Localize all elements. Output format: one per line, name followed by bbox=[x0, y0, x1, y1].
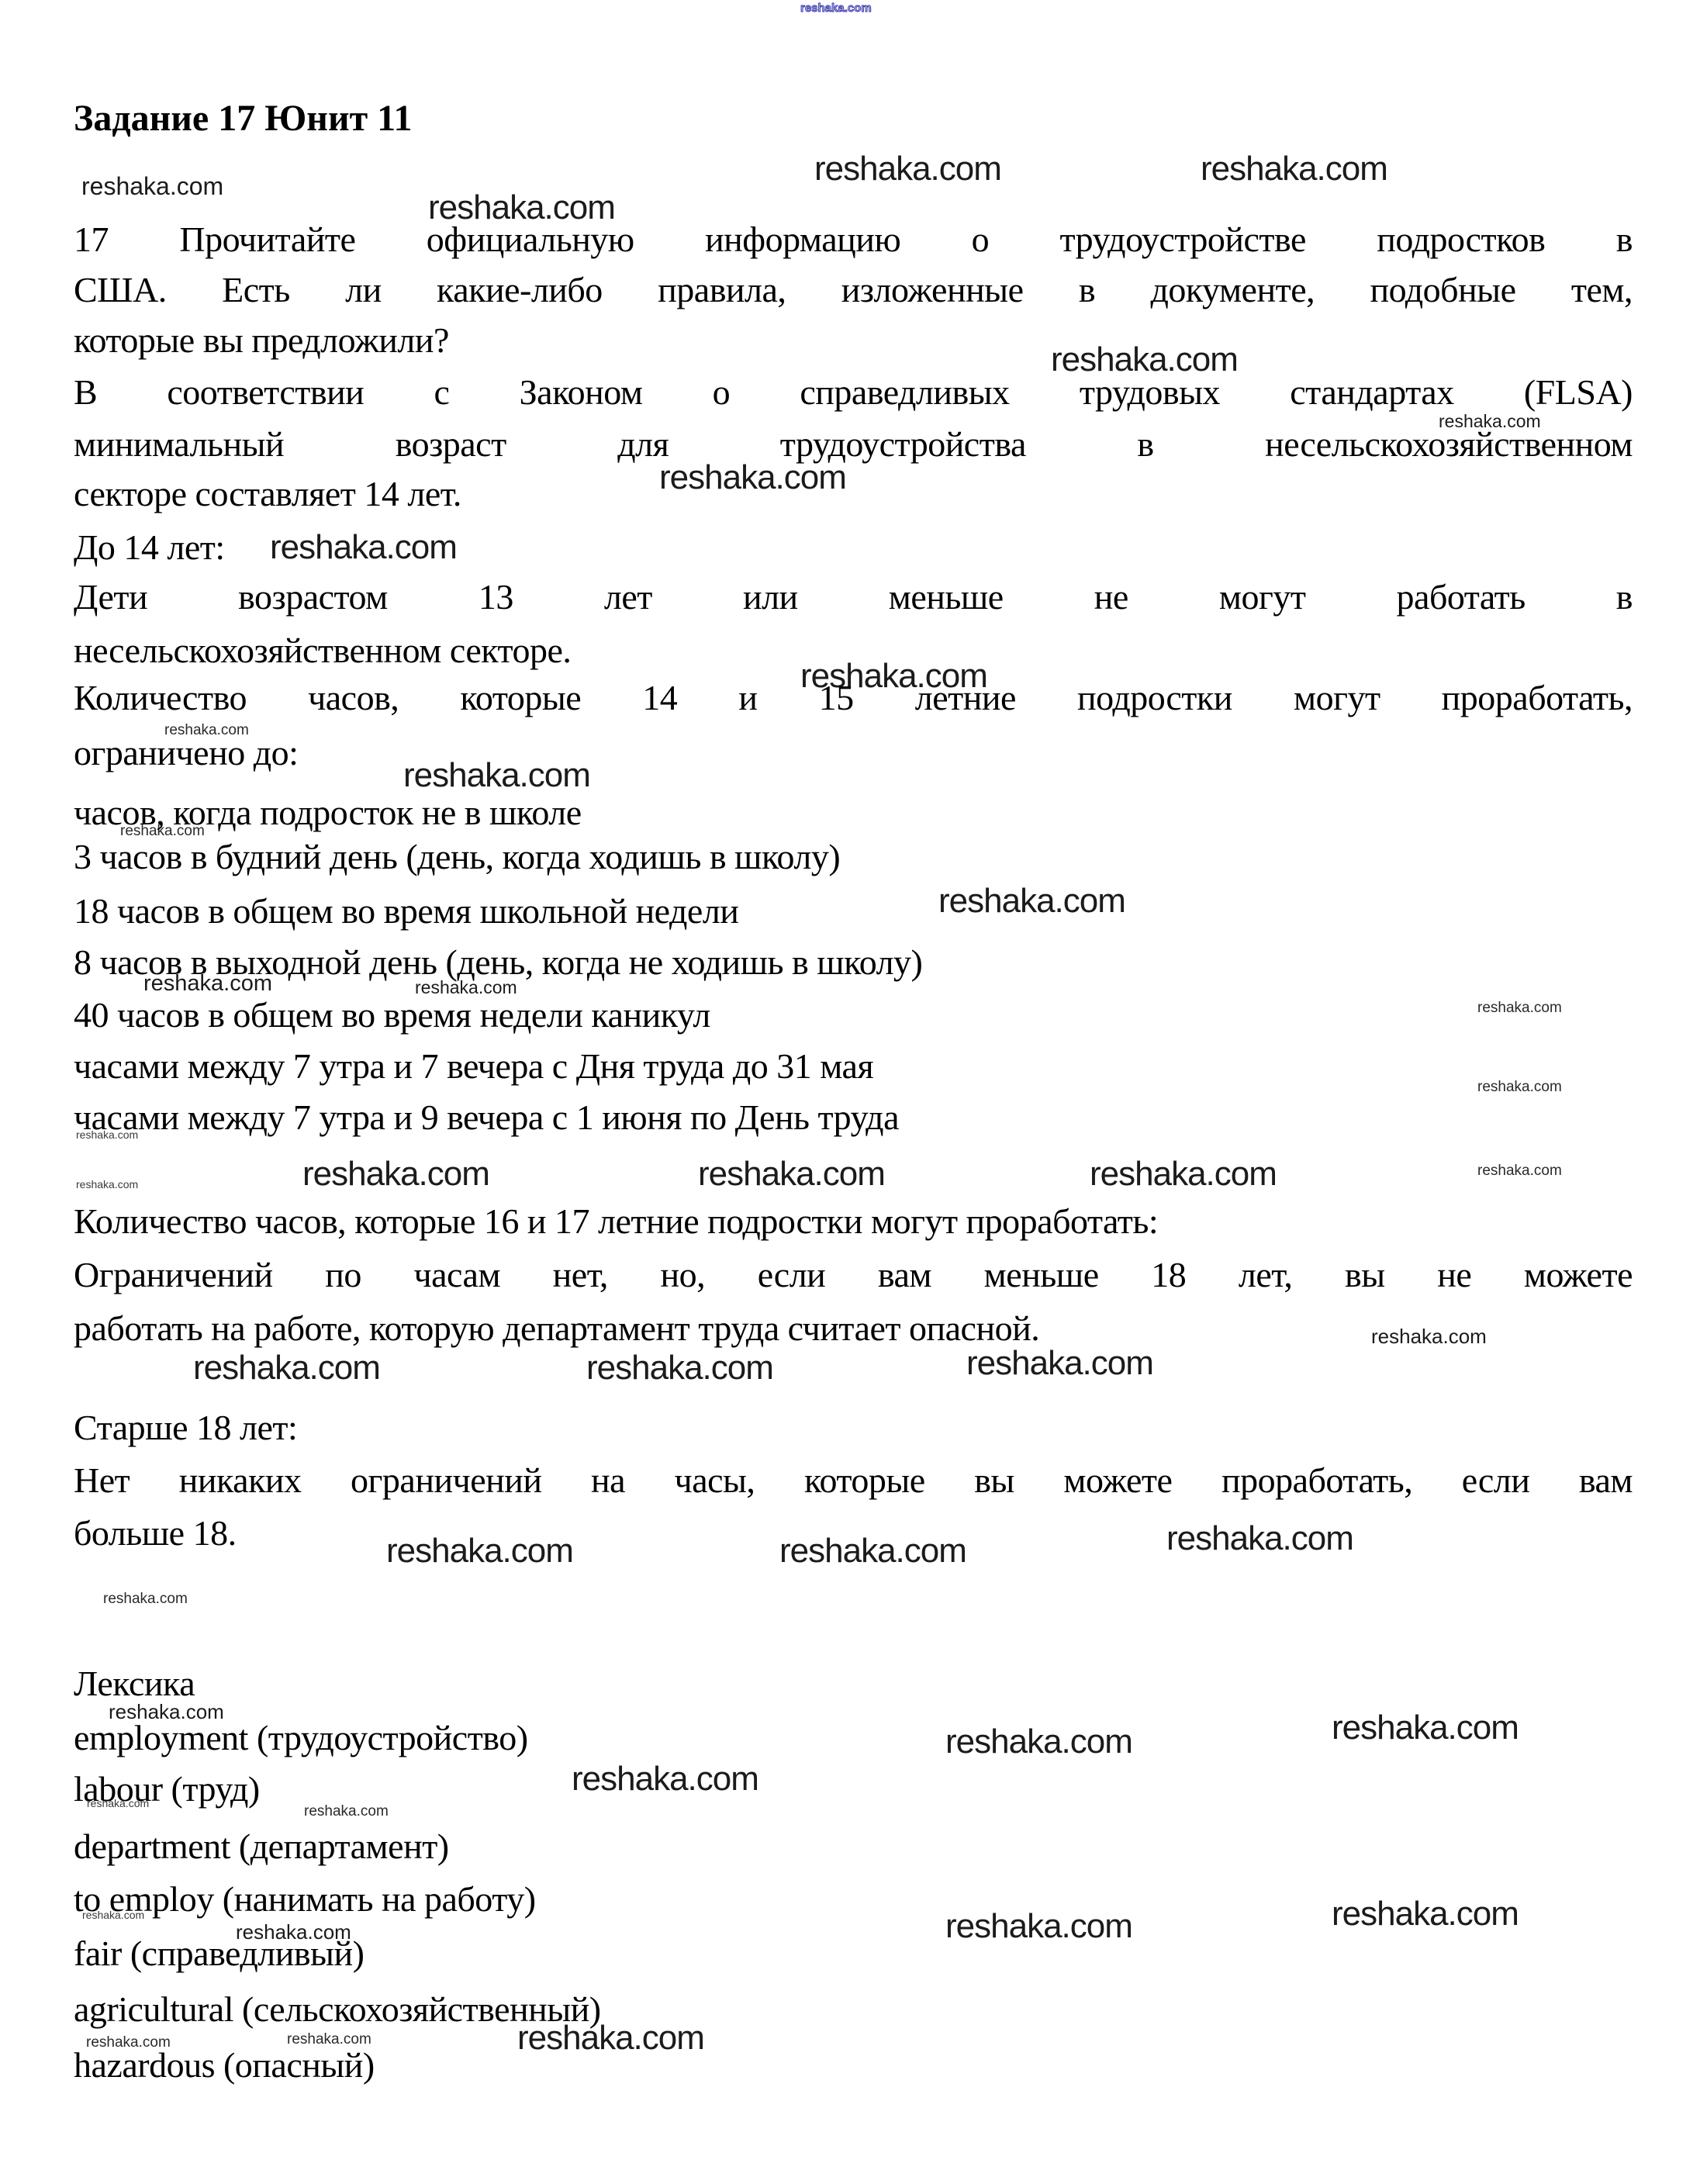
document-page: reshaka.comreshaka.comreshaka.comreshaka… bbox=[0, 0, 1700, 2184]
text-line: employment (трудоустройство) bbox=[74, 1717, 528, 1759]
text-line: Лексика bbox=[74, 1663, 195, 1705]
text-line: минимальный возраст для трудоустройства … bbox=[74, 423, 1633, 465]
text-line: несельскохозяйственном секторе. bbox=[74, 630, 571, 672]
text-line: ограничено до: bbox=[74, 732, 298, 774]
text-line: В соответствии с Законом о справедливых … bbox=[74, 371, 1633, 413]
text-line: 8 часов в выходной день (день, когда не … bbox=[74, 942, 922, 983]
text-line: to employ (нанимать на работу) bbox=[74, 1878, 536, 1920]
text-line: Ограничений по часам нет, но, если вам м… bbox=[74, 1254, 1633, 1296]
text-line: часов, когда подросток не в школе bbox=[74, 792, 582, 834]
text-line: labour (труд) bbox=[74, 1768, 260, 1810]
text-line: 3 часов в будний день (день, когда ходиш… bbox=[74, 836, 840, 878]
text-line: hazardous (опасный) bbox=[74, 2044, 375, 2086]
text-line: 18 часов в общем во время школьной недел… bbox=[74, 890, 738, 932]
text-line: 40 часов в общем во время недели каникул bbox=[74, 994, 710, 1036]
text-line: 17 Прочитайте официальную информацию о т… bbox=[74, 219, 1633, 261]
text-line: США. Есть ли какие-либо правила, изложен… bbox=[74, 269, 1633, 311]
text-line: работать на работе, которую департамент … bbox=[74, 1308, 1039, 1349]
text-line: больше 18. bbox=[74, 1512, 237, 1554]
text-line: agricultural (сельскохозяйственный) bbox=[74, 1989, 601, 2030]
text-line: секторе составляет 14 лет. bbox=[74, 473, 461, 515]
text-line: Количество часов, которые 14 и 15 летние… bbox=[74, 677, 1633, 719]
text-line: Старше 18 лет: bbox=[74, 1407, 297, 1449]
text-line: fair (справедливый) bbox=[74, 1933, 364, 1975]
text-line: часами между 7 утра и 9 вечера с 1 июня … bbox=[74, 1097, 899, 1139]
text-layer: Задание 17 Юнит 1117 Прочитайте официаль… bbox=[0, 0, 1700, 2184]
text-line: До 14 лет: bbox=[74, 527, 225, 568]
text-line: department (департамент) bbox=[74, 1826, 449, 1868]
text-line: Дети возрастом 13 лет или меньше не могу… bbox=[74, 576, 1633, 618]
text-line: которые вы предложили? bbox=[74, 320, 449, 361]
text-line: Количество часов, которые 16 и 17 летние… bbox=[74, 1201, 1158, 1242]
page-title: Задание 17 Юнит 11 bbox=[74, 97, 413, 141]
text-line: часами между 7 утра и 7 вечера с Дня тру… bbox=[74, 1045, 873, 1087]
text-line: Нет никаких ограничений на часы, которые… bbox=[74, 1460, 1633, 1501]
